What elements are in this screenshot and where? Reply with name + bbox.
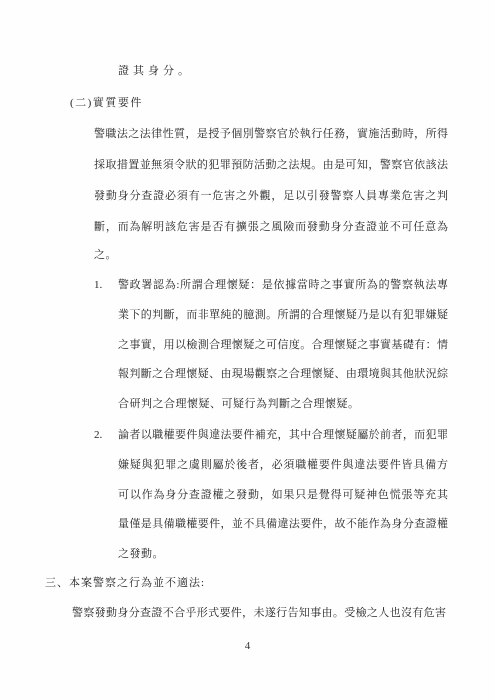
page-number: 4: [0, 640, 495, 652]
subsection-heading: (二)實質要件: [70, 96, 143, 111]
list-item-line: 合研判之合理懷疑、可疑行為判斷之合理懷疑。: [118, 397, 360, 412]
body-line: 採取措置並無須令狀的犯罪預防活動之法規。由是可知，警察官依該法: [94, 158, 448, 173]
document-page: 證其身分。 (二)實質要件 警職法之法律性質，是授予個別警察官於執行任務，實施活…: [0, 0, 495, 700]
list-item-number: 1.: [94, 278, 102, 293]
list-item-line: 之發動。: [118, 547, 164, 562]
list-item-number: 2.: [94, 428, 102, 443]
list-item-line: 論者以職權要件與違法要件補充，其中合理懷疑屬於前者，而犯罪: [118, 428, 448, 443]
list-item-line: 報判斷之合理懷疑、由現場觀察之合理懷疑、由環境與其他狀況綜: [118, 367, 448, 382]
body-line: 警職法之法律性質，是授予個別警察官於執行任務，實施活動時，所得: [94, 127, 448, 142]
paragraph-continuation-line: 證其身分。: [118, 64, 193, 79]
list-item-line: 警政署認為:所謂合理懷疑：是依據當時之事實所為的警察執法專: [118, 278, 448, 293]
body-line: 發動身分查證必須有一危害之外觀，足以引發警察人員專業危害之判: [94, 189, 448, 204]
list-item-line: 業下的判斷，而非單純的臆測。所謂的合理懷疑乃是以有犯罪嫌疑: [118, 308, 448, 323]
list-item-line: 量僅是具備職權要件，並不具備違法要件，故不能作為身分查證權: [118, 517, 448, 532]
body-line: 斷，而為解明該危害是否有擴張之風險而發動身分查證並不可任意為: [94, 220, 448, 235]
body-line: 之。: [94, 248, 117, 263]
list-item-line: 之事實，用以檢測合理懷疑之可信度。合理懷疑之事實基礎有：情: [118, 338, 448, 353]
body-line: 警察發動身分查證不合乎形式要件，未遂行告知事由。受檢之人也沒有危害: [72, 606, 446, 621]
list-item-line: 可以作為身分查證權之發動，如果只是覺得可疑神色慌張等充其: [118, 488, 448, 503]
section-heading: 三、本案警察之行為並不適法:: [45, 576, 205, 591]
list-item-line: 嫌疑與犯罪之虞則屬於後者，必須職權要件與違法要件皆具備方: [118, 458, 448, 473]
